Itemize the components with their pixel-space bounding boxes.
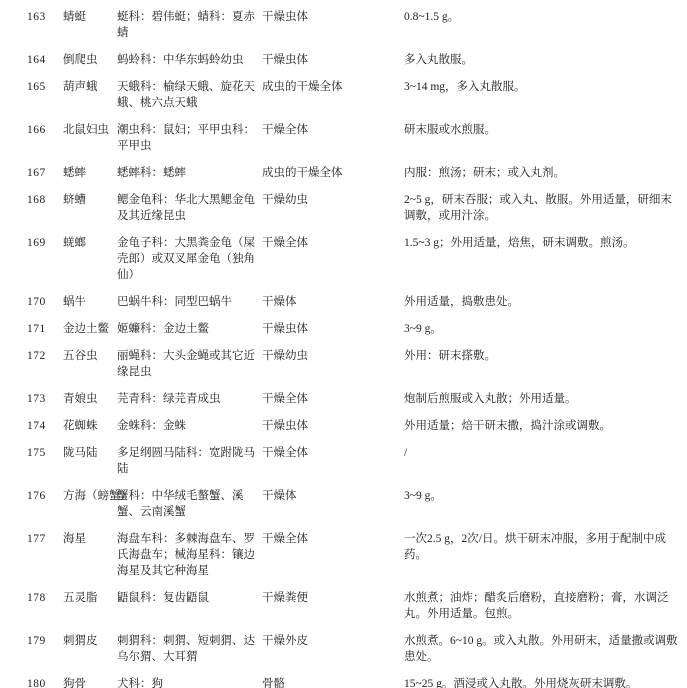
row-number: 165 bbox=[27, 79, 63, 95]
dosage-usage: / bbox=[404, 445, 685, 461]
dosage-usage: 3~14 mg，多入丸散服。 bbox=[404, 79, 685, 95]
row-number: 179 bbox=[27, 633, 63, 649]
document-page: 163 蜻蜓 蜓科：碧伟蜓；蜻科：夏赤蜻 干燥虫体 0.8~1.5 g。 164… bbox=[0, 0, 687, 688]
dosage-usage: 3~9 g。 bbox=[404, 488, 685, 504]
dosage-usage: 1.5~3 g；外用适量，焙焦，研末调敷。煎汤。 bbox=[404, 235, 685, 251]
table-row: 168 蛴螬 鳃金龟科：华北大黑鳃金龟及其近缘昆虫 干燥幼虫 2~5 g，研末吞… bbox=[27, 192, 685, 224]
medicinal-part: 干燥全体 bbox=[262, 122, 404, 138]
medicinal-part: 干燥虫体 bbox=[262, 321, 404, 337]
dosage-usage: 多入丸散服。 bbox=[404, 52, 685, 68]
medicine-name: 海星 bbox=[63, 531, 117, 547]
row-number: 164 bbox=[27, 52, 63, 68]
medicine-name: 金边土鳖 bbox=[63, 321, 117, 337]
medicinal-part: 干燥体 bbox=[262, 294, 404, 310]
source-family: 蚂蛉科：中华东蚂蛉幼虫 bbox=[117, 52, 262, 68]
table-row: 174 花蜘蛛 金蛛科：金蛛 干燥虫体 外用适量；焙干研末撒，捣汁涂或调敷。 bbox=[27, 418, 685, 434]
dosage-usage: 3~9 g。 bbox=[404, 321, 685, 337]
dosage-usage: 0.8~1.5 g。 bbox=[404, 9, 685, 25]
medicine-name: 蜣螂 bbox=[63, 235, 117, 251]
source-family: 金蛛科：金蛛 bbox=[117, 418, 262, 434]
table-row: 176 方海（螃蟹） 蟹科：中华绒毛螯蟹、溪蟹、云南溪蟹 干燥体 3~9 g。 bbox=[27, 488, 685, 520]
table-row: 164 倒爬虫 蚂蛉科：中华东蚂蛉幼虫 干燥虫体 多入丸散服。 bbox=[27, 52, 685, 68]
dosage-usage: 一次2.5 g，2次/日。烘干研末冲服，多用于配制中成药。 bbox=[404, 531, 685, 563]
medicine-name: 青娘虫 bbox=[63, 391, 117, 407]
row-number: 178 bbox=[27, 590, 63, 606]
table-row: 179 刺猬皮 刺猬科：刺猬、短刺猬、达乌尔猬、大耳猬 干燥外皮 水煎煮。6~1… bbox=[27, 633, 685, 665]
table-row: 173 青娘虫 芫青科：绿芫青成虫 干燥全体 炮制后煎服或入丸散；外用适量。 bbox=[27, 391, 685, 407]
medicine-name: 蟋蟀 bbox=[63, 165, 117, 181]
table-row: 166 北鼠妇虫 潮虫科：鼠妇；平甲虫科：平甲虫 干燥全体 研末服或水煎服。 bbox=[27, 122, 685, 154]
medicinal-part: 干燥虫体 bbox=[262, 52, 404, 68]
medicine-name: 蜗牛 bbox=[63, 294, 117, 310]
dosage-usage: 炮制后煎服或入丸散；外用适量。 bbox=[404, 391, 685, 407]
row-number: 169 bbox=[27, 235, 63, 251]
source-family: 金龟子科：大黑粪金龟（屎壳郎）或双叉犀金龟（独角仙） bbox=[117, 235, 262, 283]
source-family: 巴蜗牛科：同型巴蜗牛 bbox=[117, 294, 262, 310]
table-row: 165 葫声蛾 天蛾科：榆绿天蛾、旋花天蛾、桃六点天蛾 成虫的干燥全体 3~14… bbox=[27, 79, 685, 111]
source-family: 丽蝇科：大头金蝇或其它近缘昆虫 bbox=[117, 348, 262, 380]
table-row: 180 狗骨 犬科：狗 骨骼 15~25 g。酒浸或入丸散。外用烧灰研末调敷。 bbox=[27, 676, 685, 688]
medicine-name: 方海（螃蟹） bbox=[63, 488, 117, 504]
row-number: 170 bbox=[27, 294, 63, 310]
medicine-name: 北鼠妇虫 bbox=[63, 122, 117, 138]
source-family: 多足纲圆马陆科：宽跗陇马陆 bbox=[117, 445, 262, 477]
source-family: 蟋蟀科：蟋蟀 bbox=[117, 165, 262, 181]
table-row: 175 陇马陆 多足纲圆马陆科：宽跗陇马陆 干燥全体 / bbox=[27, 445, 685, 477]
medicinal-part: 干燥全体 bbox=[262, 445, 404, 461]
table-row: 177 海星 海盘车科：多棘海盘车、罗氏海盘车；械海星科：镶边海星及其它种海星 … bbox=[27, 531, 685, 579]
medicinal-part: 干燥虫体 bbox=[262, 418, 404, 434]
medicinal-part: 骨骼 bbox=[262, 676, 404, 688]
medicinal-part: 干燥虫体 bbox=[262, 9, 404, 25]
row-number: 176 bbox=[27, 488, 63, 504]
dosage-usage: 内服：煎汤；研末；或入丸剂。 bbox=[404, 165, 685, 181]
dosage-usage: 外用适量，捣敷患处。 bbox=[404, 294, 685, 310]
medicine-name: 陇马陆 bbox=[63, 445, 117, 461]
medicinal-part: 干燥外皮 bbox=[262, 633, 404, 649]
materia-medica-table: 163 蜻蜓 蜓科：碧伟蜓；蜻科：夏赤蜻 干燥虫体 0.8~1.5 g。 164… bbox=[27, 9, 685, 688]
row-number: 163 bbox=[27, 9, 63, 25]
medicinal-part: 干燥全体 bbox=[262, 391, 404, 407]
table-row: 167 蟋蟀 蟋蟀科：蟋蟀 成虫的干燥全体 内服：煎汤；研末；或入丸剂。 bbox=[27, 165, 685, 181]
row-number: 172 bbox=[27, 348, 63, 364]
dosage-usage: 15~25 g。酒浸或入丸散。外用烧灰研末调敷。 bbox=[404, 676, 685, 688]
table-row: 172 五谷虫 丽蝇科：大头金蝇或其它近缘昆虫 干燥幼虫 外用：研末搽敷。 bbox=[27, 348, 685, 380]
source-family: 姬蠊科：金边土鳖 bbox=[117, 321, 262, 337]
dosage-usage: 2~5 g，研末吞服；或入丸、散服。外用适量，研细末调敷，或用汁涂。 bbox=[404, 192, 685, 224]
dosage-usage: 水煎煮；油炸；醋炙后磨粉，直接磨粉；膏，水调泛丸。外用适量。包煎。 bbox=[404, 590, 685, 622]
row-number: 171 bbox=[27, 321, 63, 337]
medicine-name: 狗骨 bbox=[63, 676, 117, 688]
table-row: 163 蜻蜓 蜓科：碧伟蜓；蜻科：夏赤蜻 干燥虫体 0.8~1.5 g。 bbox=[27, 9, 685, 41]
row-number: 174 bbox=[27, 418, 63, 434]
row-number: 180 bbox=[27, 676, 63, 688]
medicinal-part: 干燥粪便 bbox=[262, 590, 404, 606]
dosage-usage: 研末服或水煎服。 bbox=[404, 122, 685, 138]
medicinal-part: 干燥全体 bbox=[262, 531, 404, 547]
source-family: 犬科：狗 bbox=[117, 676, 262, 688]
source-family: 天蛾科：榆绿天蛾、旋花天蛾、桃六点天蛾 bbox=[117, 79, 262, 111]
source-family: 鼯鼠科：复齿鼯鼠 bbox=[117, 590, 262, 606]
medicine-name: 花蜘蛛 bbox=[63, 418, 117, 434]
table-row: 171 金边土鳖 姬蠊科：金边土鳖 干燥虫体 3~9 g。 bbox=[27, 321, 685, 337]
dosage-usage: 外用适量；焙干研末撒，捣汁涂或调敷。 bbox=[404, 418, 685, 434]
source-family: 鳃金龟科：华北大黑鳃金龟及其近缘昆虫 bbox=[117, 192, 262, 224]
medicine-name: 倒爬虫 bbox=[63, 52, 117, 68]
source-family: 芫青科：绿芫青成虫 bbox=[117, 391, 262, 407]
medicine-name: 蜻蜓 bbox=[63, 9, 117, 25]
dosage-usage: 外用：研末搽敷。 bbox=[404, 348, 685, 364]
source-family: 蜓科：碧伟蜓；蜻科：夏赤蜻 bbox=[117, 9, 262, 41]
medicine-name: 蛴螬 bbox=[63, 192, 117, 208]
table-row: 170 蜗牛 巴蜗牛科：同型巴蜗牛 干燥体 外用适量，捣敷患处。 bbox=[27, 294, 685, 310]
medicinal-part: 干燥体 bbox=[262, 488, 404, 504]
medicinal-part: 干燥幼虫 bbox=[262, 192, 404, 208]
medicine-name: 刺猬皮 bbox=[63, 633, 117, 649]
medicinal-part: 成虫的干燥全体 bbox=[262, 79, 404, 95]
row-number: 173 bbox=[27, 391, 63, 407]
source-family: 刺猬科：刺猬、短刺猬、达乌尔猬、大耳猬 bbox=[117, 633, 262, 665]
row-number: 166 bbox=[27, 122, 63, 138]
table-row: 178 五灵脂 鼯鼠科：复齿鼯鼠 干燥粪便 水煎煮；油炸；醋炙后磨粉，直接磨粉；… bbox=[27, 590, 685, 622]
row-number: 168 bbox=[27, 192, 63, 208]
row-number: 175 bbox=[27, 445, 63, 461]
medicinal-part: 干燥幼虫 bbox=[262, 348, 404, 364]
table-row: 169 蜣螂 金龟子科：大黑粪金龟（屎壳郎）或双叉犀金龟（独角仙） 干燥全体 1… bbox=[27, 235, 685, 283]
source-family: 海盘车科：多棘海盘车、罗氏海盘车；械海星科：镶边海星及其它种海星 bbox=[117, 531, 262, 579]
row-number: 167 bbox=[27, 165, 63, 181]
source-family: 蟹科：中华绒毛螯蟹、溪蟹、云南溪蟹 bbox=[117, 488, 262, 520]
medicine-name: 五灵脂 bbox=[63, 590, 117, 606]
source-family: 潮虫科：鼠妇；平甲虫科：平甲虫 bbox=[117, 122, 262, 154]
dosage-usage: 水煎煮。6~10 g。或入丸散。外用研末，适量撒或调敷患处。 bbox=[404, 633, 685, 665]
medicine-name: 五谷虫 bbox=[63, 348, 117, 364]
row-number: 177 bbox=[27, 531, 63, 547]
medicinal-part: 成虫的干燥全体 bbox=[262, 165, 404, 181]
medicinal-part: 干燥全体 bbox=[262, 235, 404, 251]
medicine-name: 葫声蛾 bbox=[63, 79, 117, 95]
